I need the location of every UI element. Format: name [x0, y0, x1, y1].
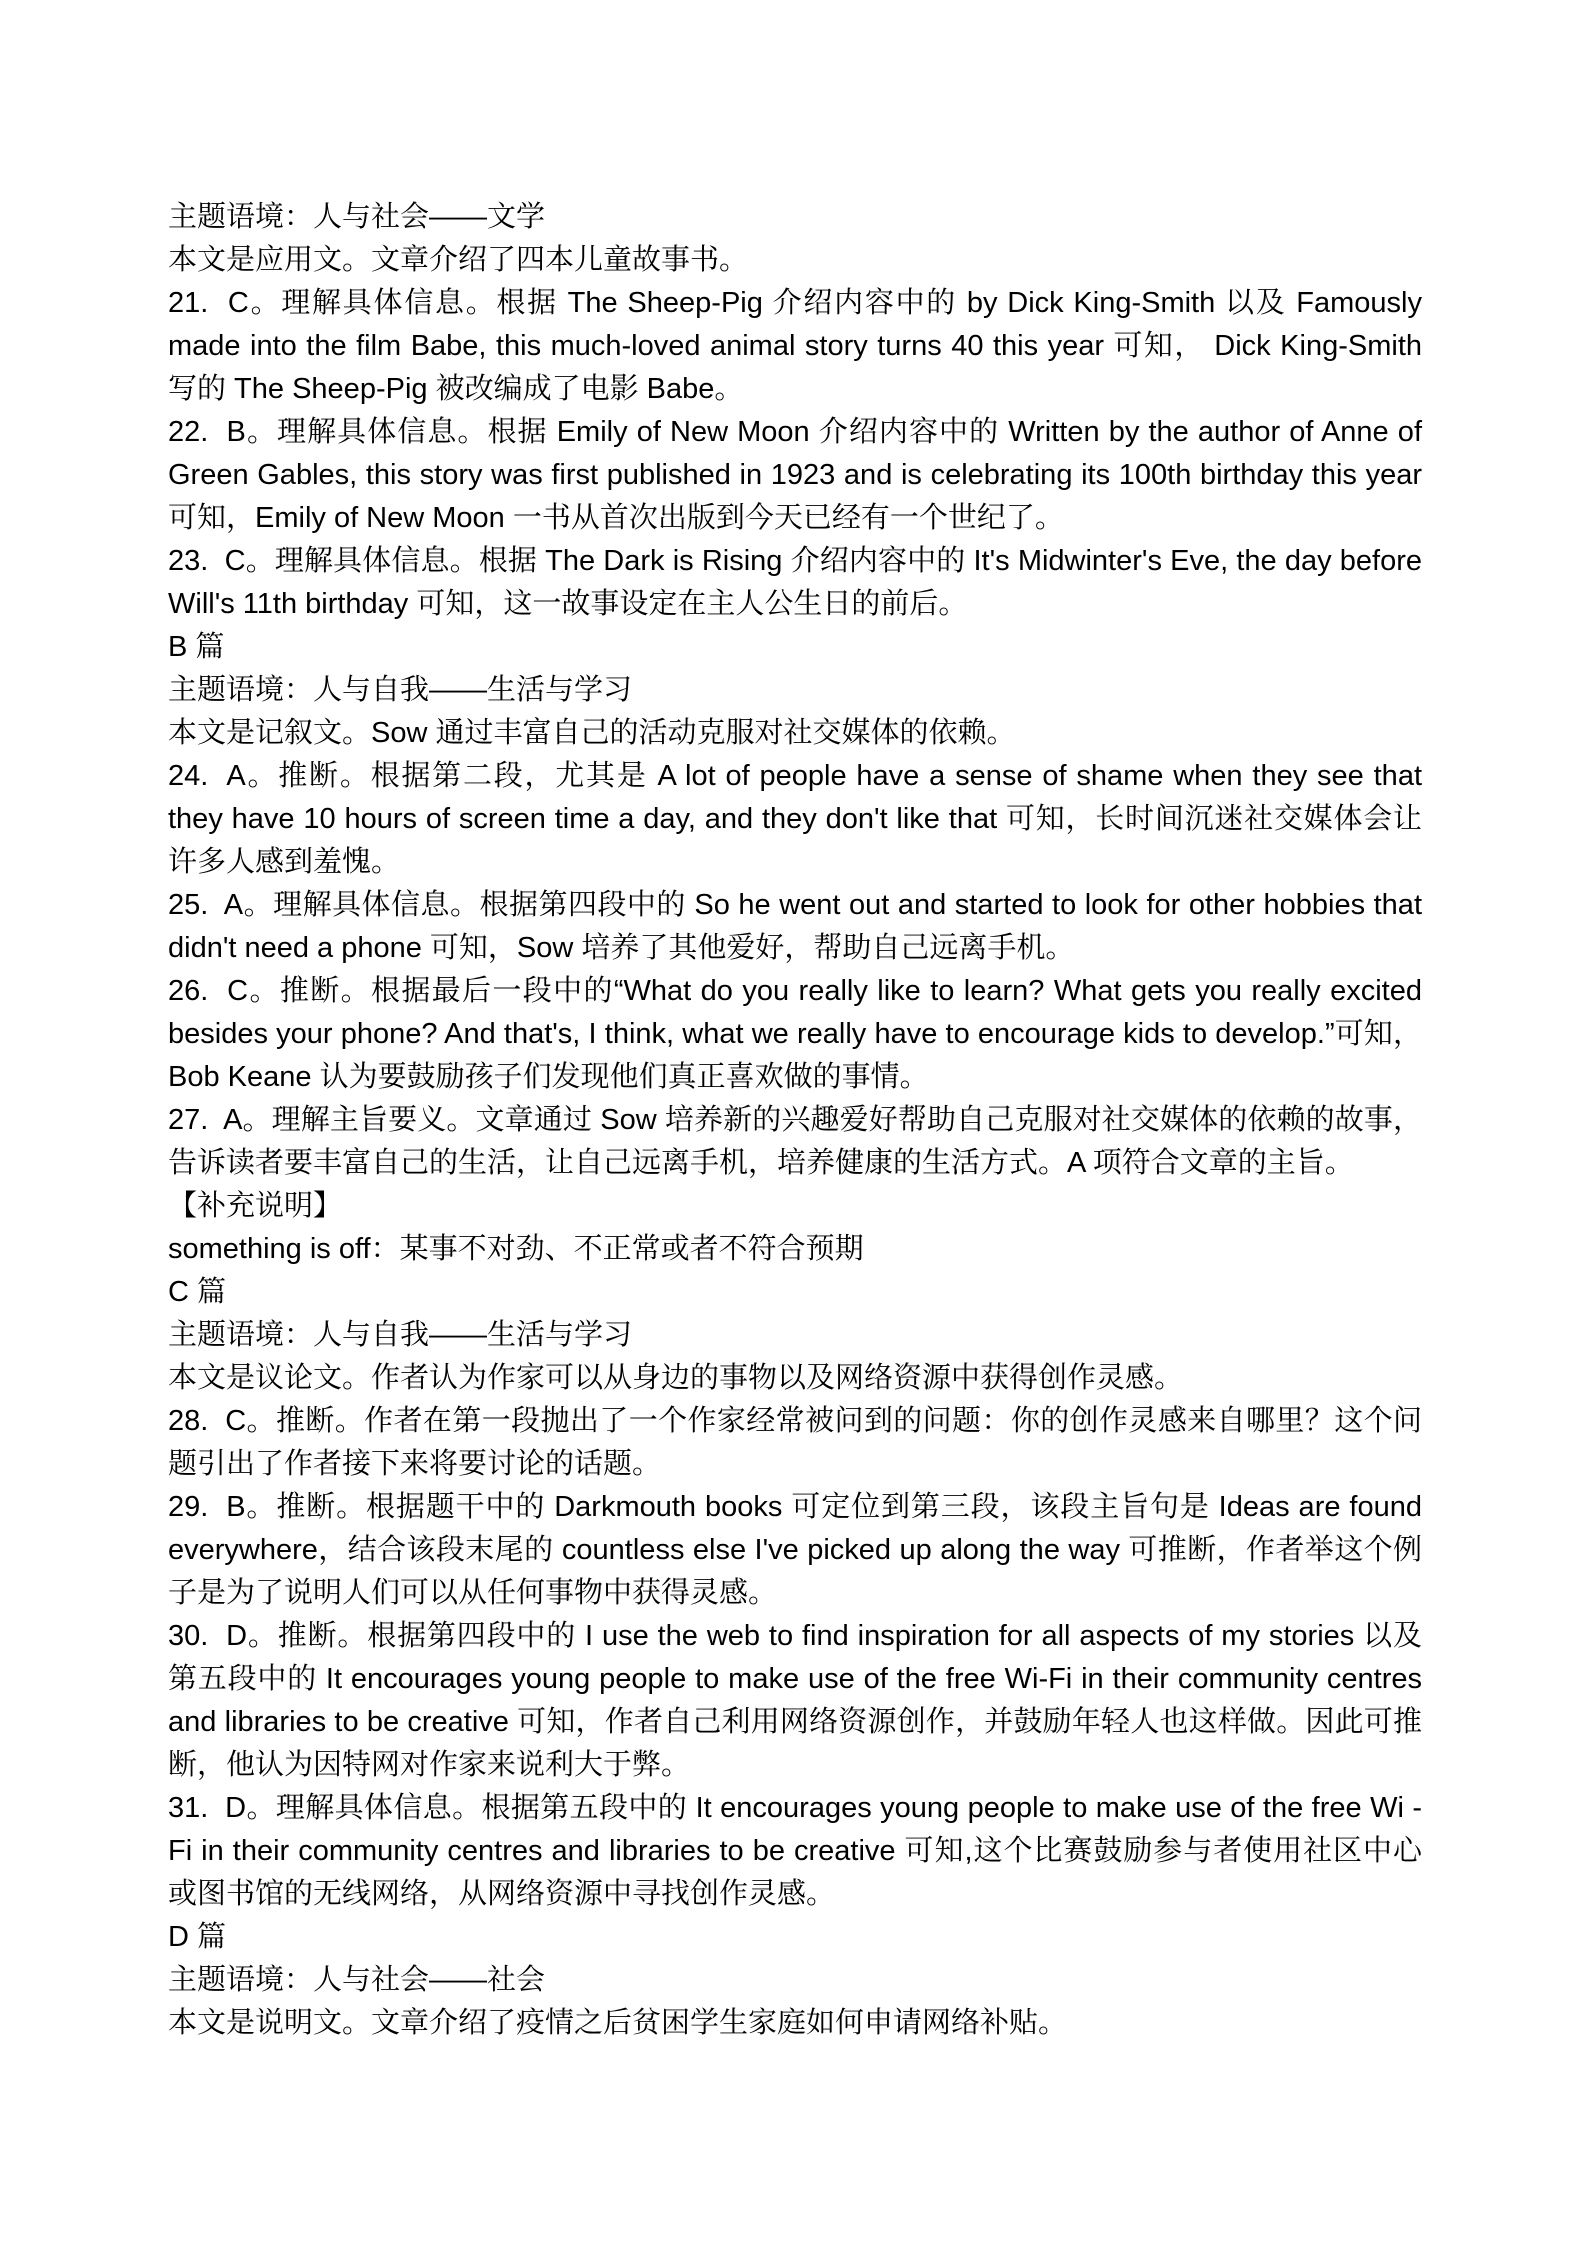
topic-context-d: 主题语境：人与社会——社会: [168, 1959, 1422, 2002]
answer-24: 24. A。推断。根据第二段，尤其是 A lot of people have …: [168, 755, 1422, 884]
section-b-label: B 篇: [168, 626, 1422, 669]
passage-summary-d: 本文是说明文。文章介绍了疫情之后贫困学生家庭如何申请网络补贴。: [168, 2002, 1422, 2045]
topic-context-a: 主题语境：人与社会——文学: [168, 196, 1422, 239]
answer-21: 21. C。理解具体信息。根据 The Sheep-Pig 介绍内容中的 by …: [168, 282, 1422, 411]
answer-31: 31. D。理解具体信息。根据第五段中的 It encourages young…: [168, 1787, 1422, 1916]
answer-25: 25. A。理解具体信息。根据第四段中的 So he went out and …: [168, 884, 1422, 970]
supplement-heading: 【补充说明】: [168, 1185, 1422, 1228]
passage-summary-b: 本文是记叙文。Sow 通过丰富自己的活动克服对社交媒体的依赖。: [168, 712, 1422, 755]
answer-26: 26. C。推断。根据最后一段中的“What do you really lik…: [168, 970, 1422, 1099]
answer-22: 22. B。理解具体信息。根据 Emily of New Moon 介绍内容中的…: [168, 411, 1422, 540]
section-d-label: D 篇: [168, 1916, 1422, 1959]
answer-30: 30. D。推断。根据第四段中的 I use the web to find i…: [168, 1615, 1422, 1787]
document-page: 主题语境：人与社会——文学 本文是应用文。文章介绍了四本儿童故事书。 21. C…: [0, 0, 1587, 2245]
passage-summary-c: 本文是议论文。作者认为作家可以从身边的事物以及网络资源中获得创作灵感。: [168, 1357, 1422, 1400]
topic-context-b: 主题语境：人与自我——生活与学习: [168, 669, 1422, 712]
answer-27: 27. A。理解主旨要义。文章通过 Sow 培养新的兴趣爱好帮助自己克服对社交媒…: [168, 1099, 1422, 1185]
answer-28: 28. C。推断。作者在第一段抛出了一个作家经常被问到的问题：你的创作灵感来自哪…: [168, 1400, 1422, 1486]
answer-29: 29. B。推断。根据题干中的 Darkmouth books 可定位到第三段，…: [168, 1486, 1422, 1615]
answer-23: 23. C。理解具体信息。根据 The Dark is Rising 介绍内容中…: [168, 540, 1422, 626]
topic-context-c: 主题语境：人与自我——生活与学习: [168, 1314, 1422, 1357]
document-content: 主题语境：人与社会——文学 本文是应用文。文章介绍了四本儿童故事书。 21. C…: [168, 196, 1422, 2045]
passage-summary-a: 本文是应用文。文章介绍了四本儿童故事书。: [168, 239, 1422, 282]
section-c-label: C 篇: [168, 1271, 1422, 1314]
supplement-note: something is off：某事不对劲、不正常或者不符合预期: [168, 1228, 1422, 1271]
